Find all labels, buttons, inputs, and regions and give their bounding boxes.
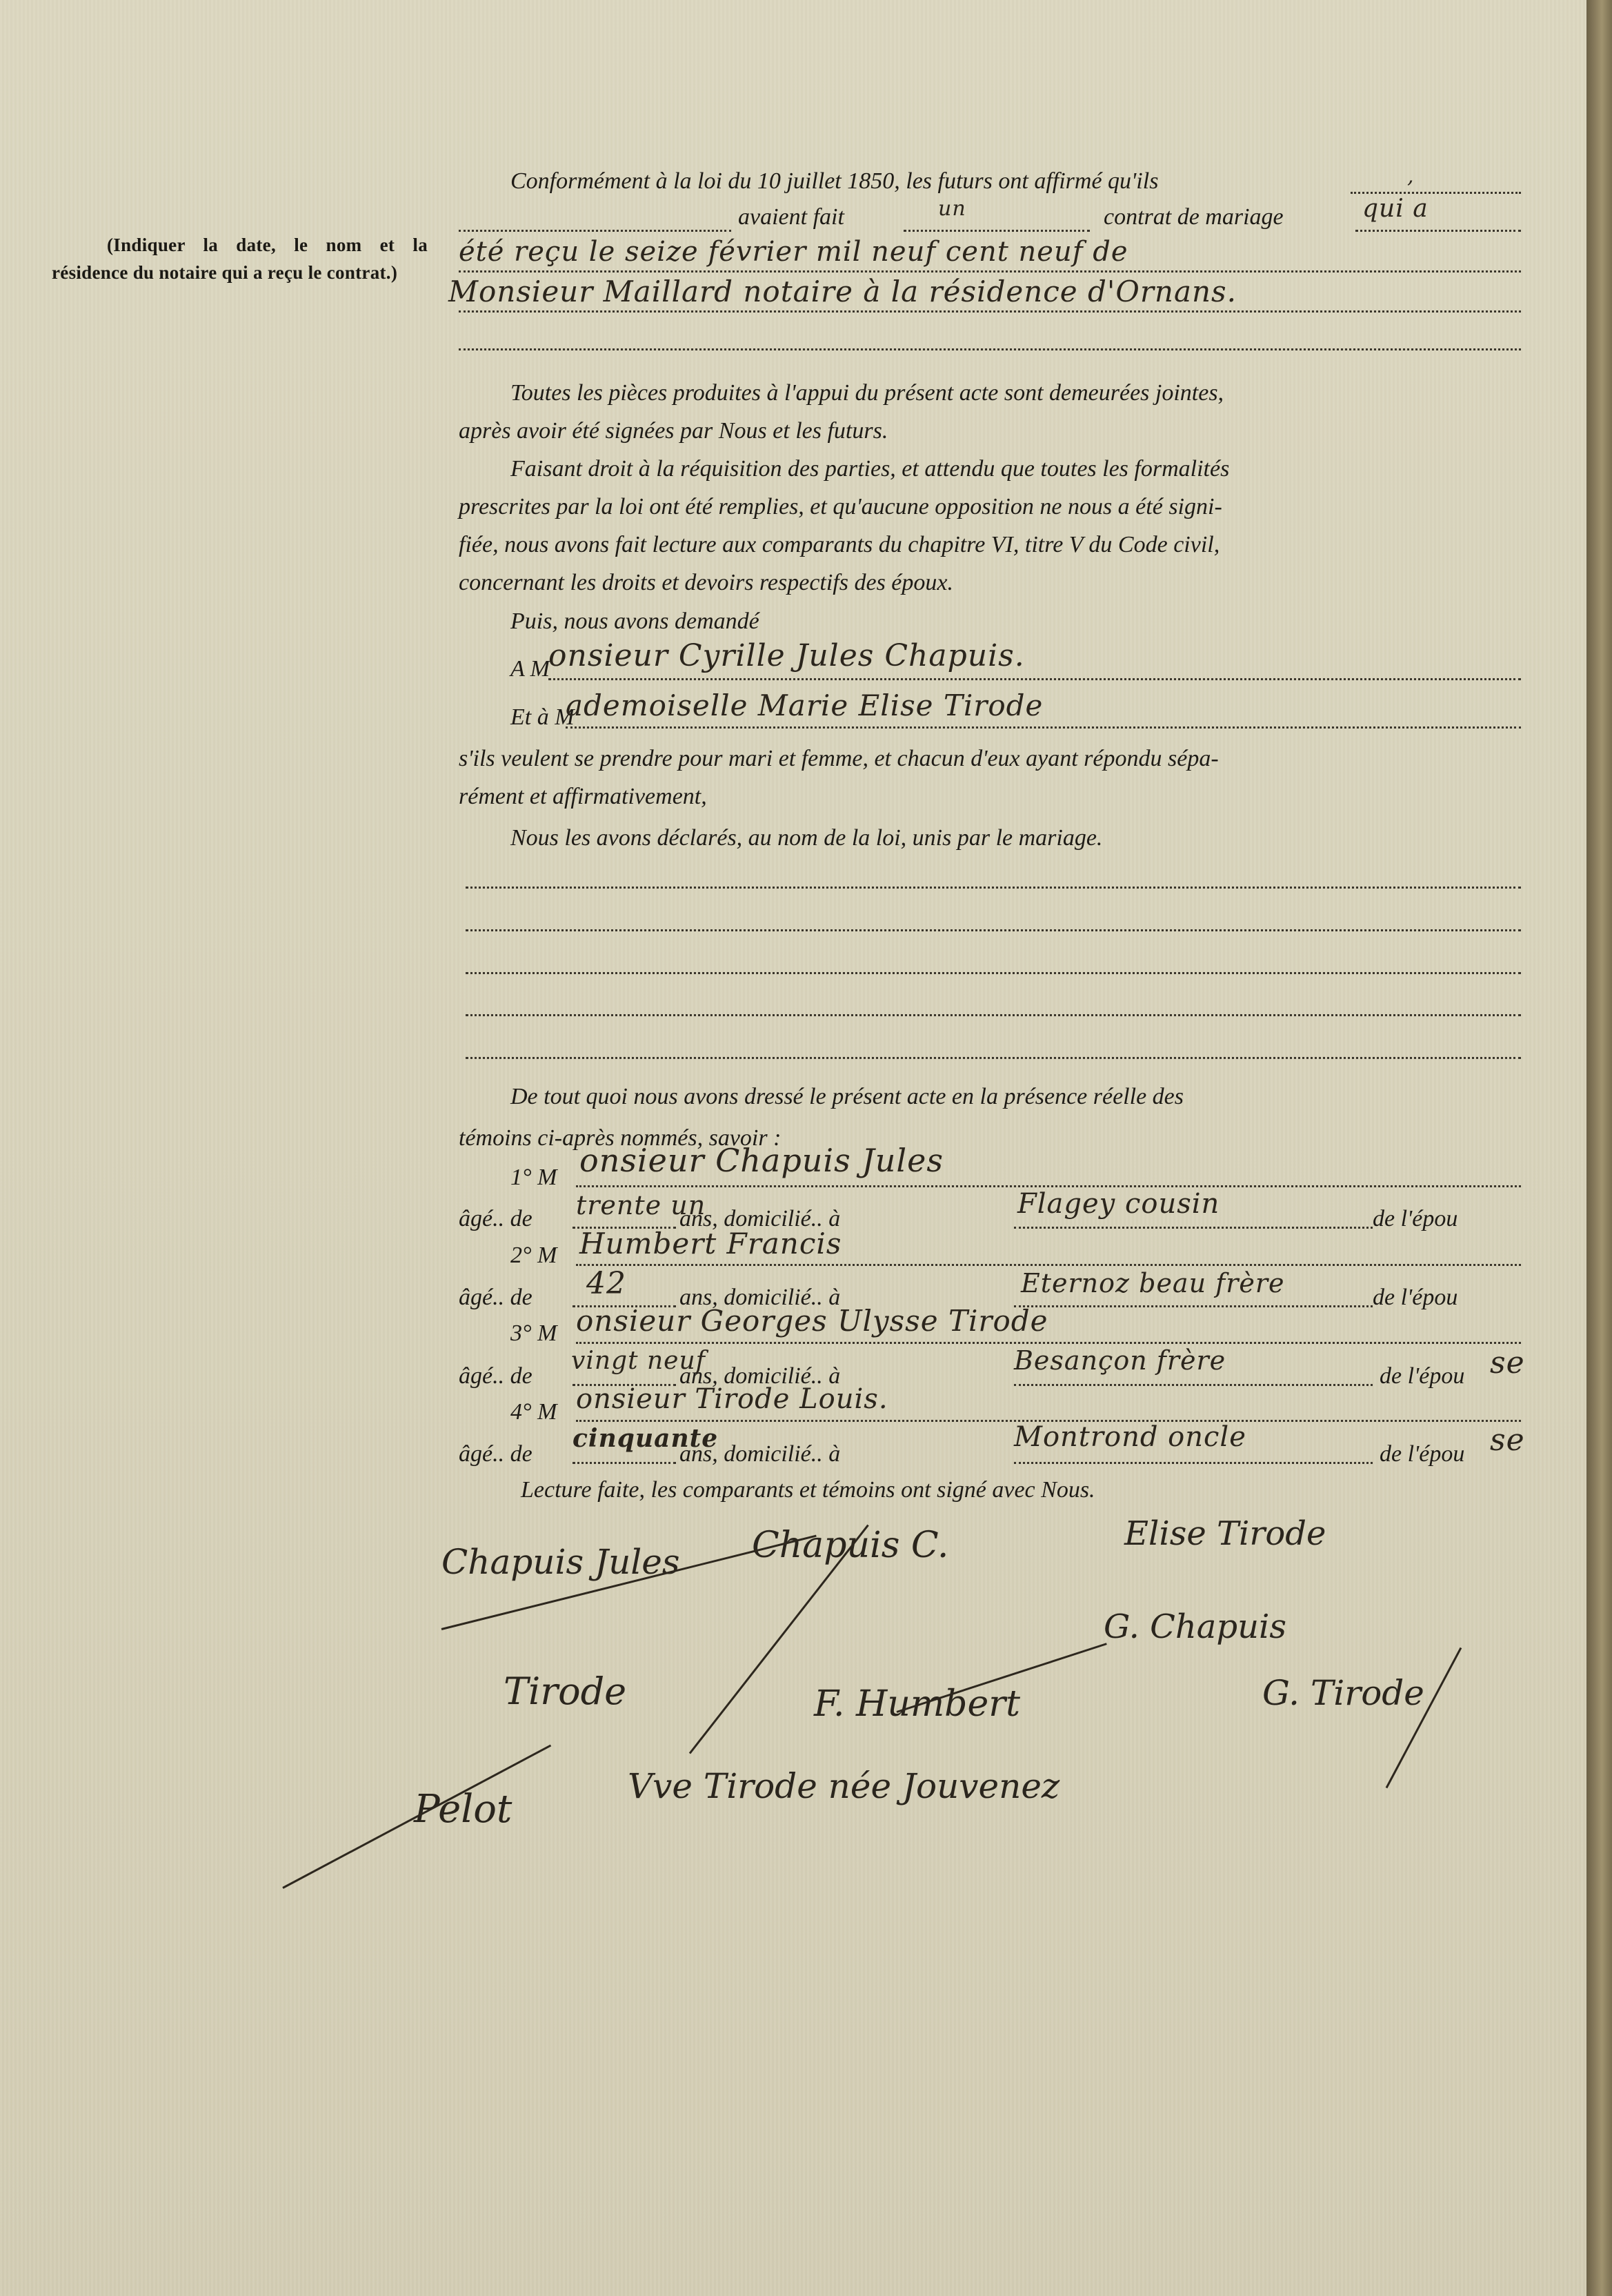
signature-g-tirode: G. Tirode	[1262, 1673, 1424, 1713]
puis-line: Puis, nous avons demandé	[459, 604, 1521, 639]
blank-dotted-line	[466, 1014, 1521, 1016]
witness-1-relation-label: de l'épou	[1373, 1202, 1457, 1236]
dotted-fill-line	[1014, 1305, 1373, 1307]
dotted-fill-line	[1014, 1462, 1373, 1464]
handwritten-qui-a: qui a	[1362, 195, 1429, 223]
dotted-fill-line	[573, 1462, 676, 1464]
blank-dotted-line	[466, 887, 1521, 889]
dotted-fill-line	[566, 726, 1521, 729]
veulent-line-2: rément et affirmativement,	[459, 780, 1521, 814]
dotted-fill-line	[1014, 1384, 1373, 1386]
handwritten-witness-4-name: onsieur Tirode Louis.	[576, 1383, 888, 1415]
handwritten-contract-type: un	[938, 197, 966, 221]
witness-2-relation-label: de l'épou	[1373, 1280, 1457, 1315]
blank-dotted-line	[466, 929, 1521, 931]
lecture-line: Lecture faite, les comparants et témoins…	[521, 1473, 1583, 1507]
dotted-fill-line	[1355, 230, 1521, 232]
signature-tirode: Tirode	[504, 1670, 626, 1713]
dotted-fill-line	[1014, 1227, 1373, 1229]
dotted-fill-line	[1351, 192, 1521, 194]
handwritten-comma: ,	[1407, 164, 1415, 188]
handwritten-witness-1-name: onsieur Chapuis Jules	[579, 1142, 944, 1179]
blank-dotted-line	[466, 1057, 1521, 1059]
witness-3-age-label: âgé.. de	[459, 1359, 533, 1394]
handwritten-witness-2-age: 42	[586, 1266, 626, 1301]
pieces-line-1: Toutes les pièces produites à l'appui du…	[459, 376, 1521, 410]
faisant-line-1: Faisant droit à la réquisition des parti…	[459, 452, 1521, 486]
witness-3-relation-label: de l'épou	[1380, 1359, 1464, 1394]
witness-3-label: 3° M	[459, 1316, 557, 1351]
veulent-line-1: s'ils veulent se prendre pour mari et fe…	[459, 742, 1521, 776]
declaration-line: Nous les avons déclarés, au nom de la lo…	[459, 821, 1521, 855]
witness-1-label: 1° M	[459, 1160, 557, 1195]
handwritten-witness-3-name: onsieur Georges Ulysse Tirode	[576, 1304, 1048, 1338]
contract-text-1: Conformément à la loi du 10 juillet 1850…	[510, 168, 1158, 194]
handwritten-bride-name: ademoiselle Marie Elise Tirode	[566, 689, 1043, 722]
witness-1-age-label: âgé.. de	[459, 1202, 533, 1236]
witness-4-age-label: âgé.. de	[459, 1437, 533, 1472]
handwritten-groom-name: onsieur Cyrille Jules Chapuis.	[548, 638, 1025, 673]
bride-label: Et à M	[459, 700, 575, 735]
faisant-line-4: concernant les droits et devoirs respect…	[459, 566, 1521, 600]
witness-2-label: 2° M	[459, 1238, 557, 1273]
dotted-fill-line	[576, 1264, 1521, 1266]
dotted-fill-line	[576, 1185, 1521, 1187]
handwritten-contract-date: été reçu le seize février mil neuf cent …	[459, 236, 1128, 268]
handwritten-witness-4-suffix: se	[1490, 1423, 1525, 1458]
handwritten-witness-4-domicile: Montrond oncle	[1014, 1421, 1246, 1453]
dotted-fill-line	[459, 310, 1521, 313]
dotted-fill-line	[576, 1342, 1521, 1344]
witness-2-age-label: âgé.. de	[459, 1280, 533, 1315]
handwritten-witness-2-domicile: Eternoz beau frère	[1021, 1268, 1285, 1298]
de-tout-line-1: De tout quoi nous avons dressé le présen…	[459, 1080, 1521, 1114]
handwritten-notary: Monsieur Maillard notaire à la résidence…	[448, 275, 1237, 308]
faisant-line-3: fiée, nous avons fait lecture aux compar…	[459, 528, 1521, 562]
witness-4-domicile-label: ans, domicilié.. à	[679, 1437, 840, 1472]
dotted-fill-line	[459, 270, 1521, 273]
contract-avaient-fait: avaient fait	[738, 200, 844, 235]
blank-dotted-line	[466, 972, 1521, 974]
margin-instruction-note: (Indiquer la date, le nom et la résidenc…	[52, 231, 428, 286]
handwritten-witness-3-domicile: Besançon frère	[1014, 1345, 1226, 1376]
handwritten-witness-3-suffix: se	[1490, 1345, 1525, 1380]
dotted-fill-line	[459, 348, 1521, 350]
dotted-fill-line	[548, 678, 1521, 680]
signature-g-chapuis: G. Chapuis	[1104, 1607, 1286, 1646]
dotted-fill-line	[904, 230, 1090, 232]
dotted-fill-line	[459, 230, 731, 232]
signature-vve-tirode: Vve Tirode née Jouvenez	[628, 1766, 1059, 1806]
page-binding-edge	[1586, 0, 1612, 2296]
pieces-line-2: après avoir été signées par Nous et les …	[459, 414, 1521, 448]
handwritten-witness-2-name: Humbert Francis	[579, 1227, 842, 1260]
signature-elise-tirode: Elise Tirode	[1124, 1514, 1326, 1553]
groom-label: A M	[459, 652, 550, 686]
witness-4-label: 4° M	[459, 1395, 557, 1429]
faisant-line-2: prescrites par la loi ont été remplies, …	[459, 490, 1521, 524]
contract-de-mariage: contrat de mariage	[1104, 200, 1284, 235]
handwritten-witness-1-domicile: Flagey cousin	[1017, 1188, 1220, 1220]
signature-chapuis-jules: Chapuis Jules	[441, 1542, 680, 1582]
witness-4-relation-label: de l'épou	[1380, 1437, 1464, 1472]
